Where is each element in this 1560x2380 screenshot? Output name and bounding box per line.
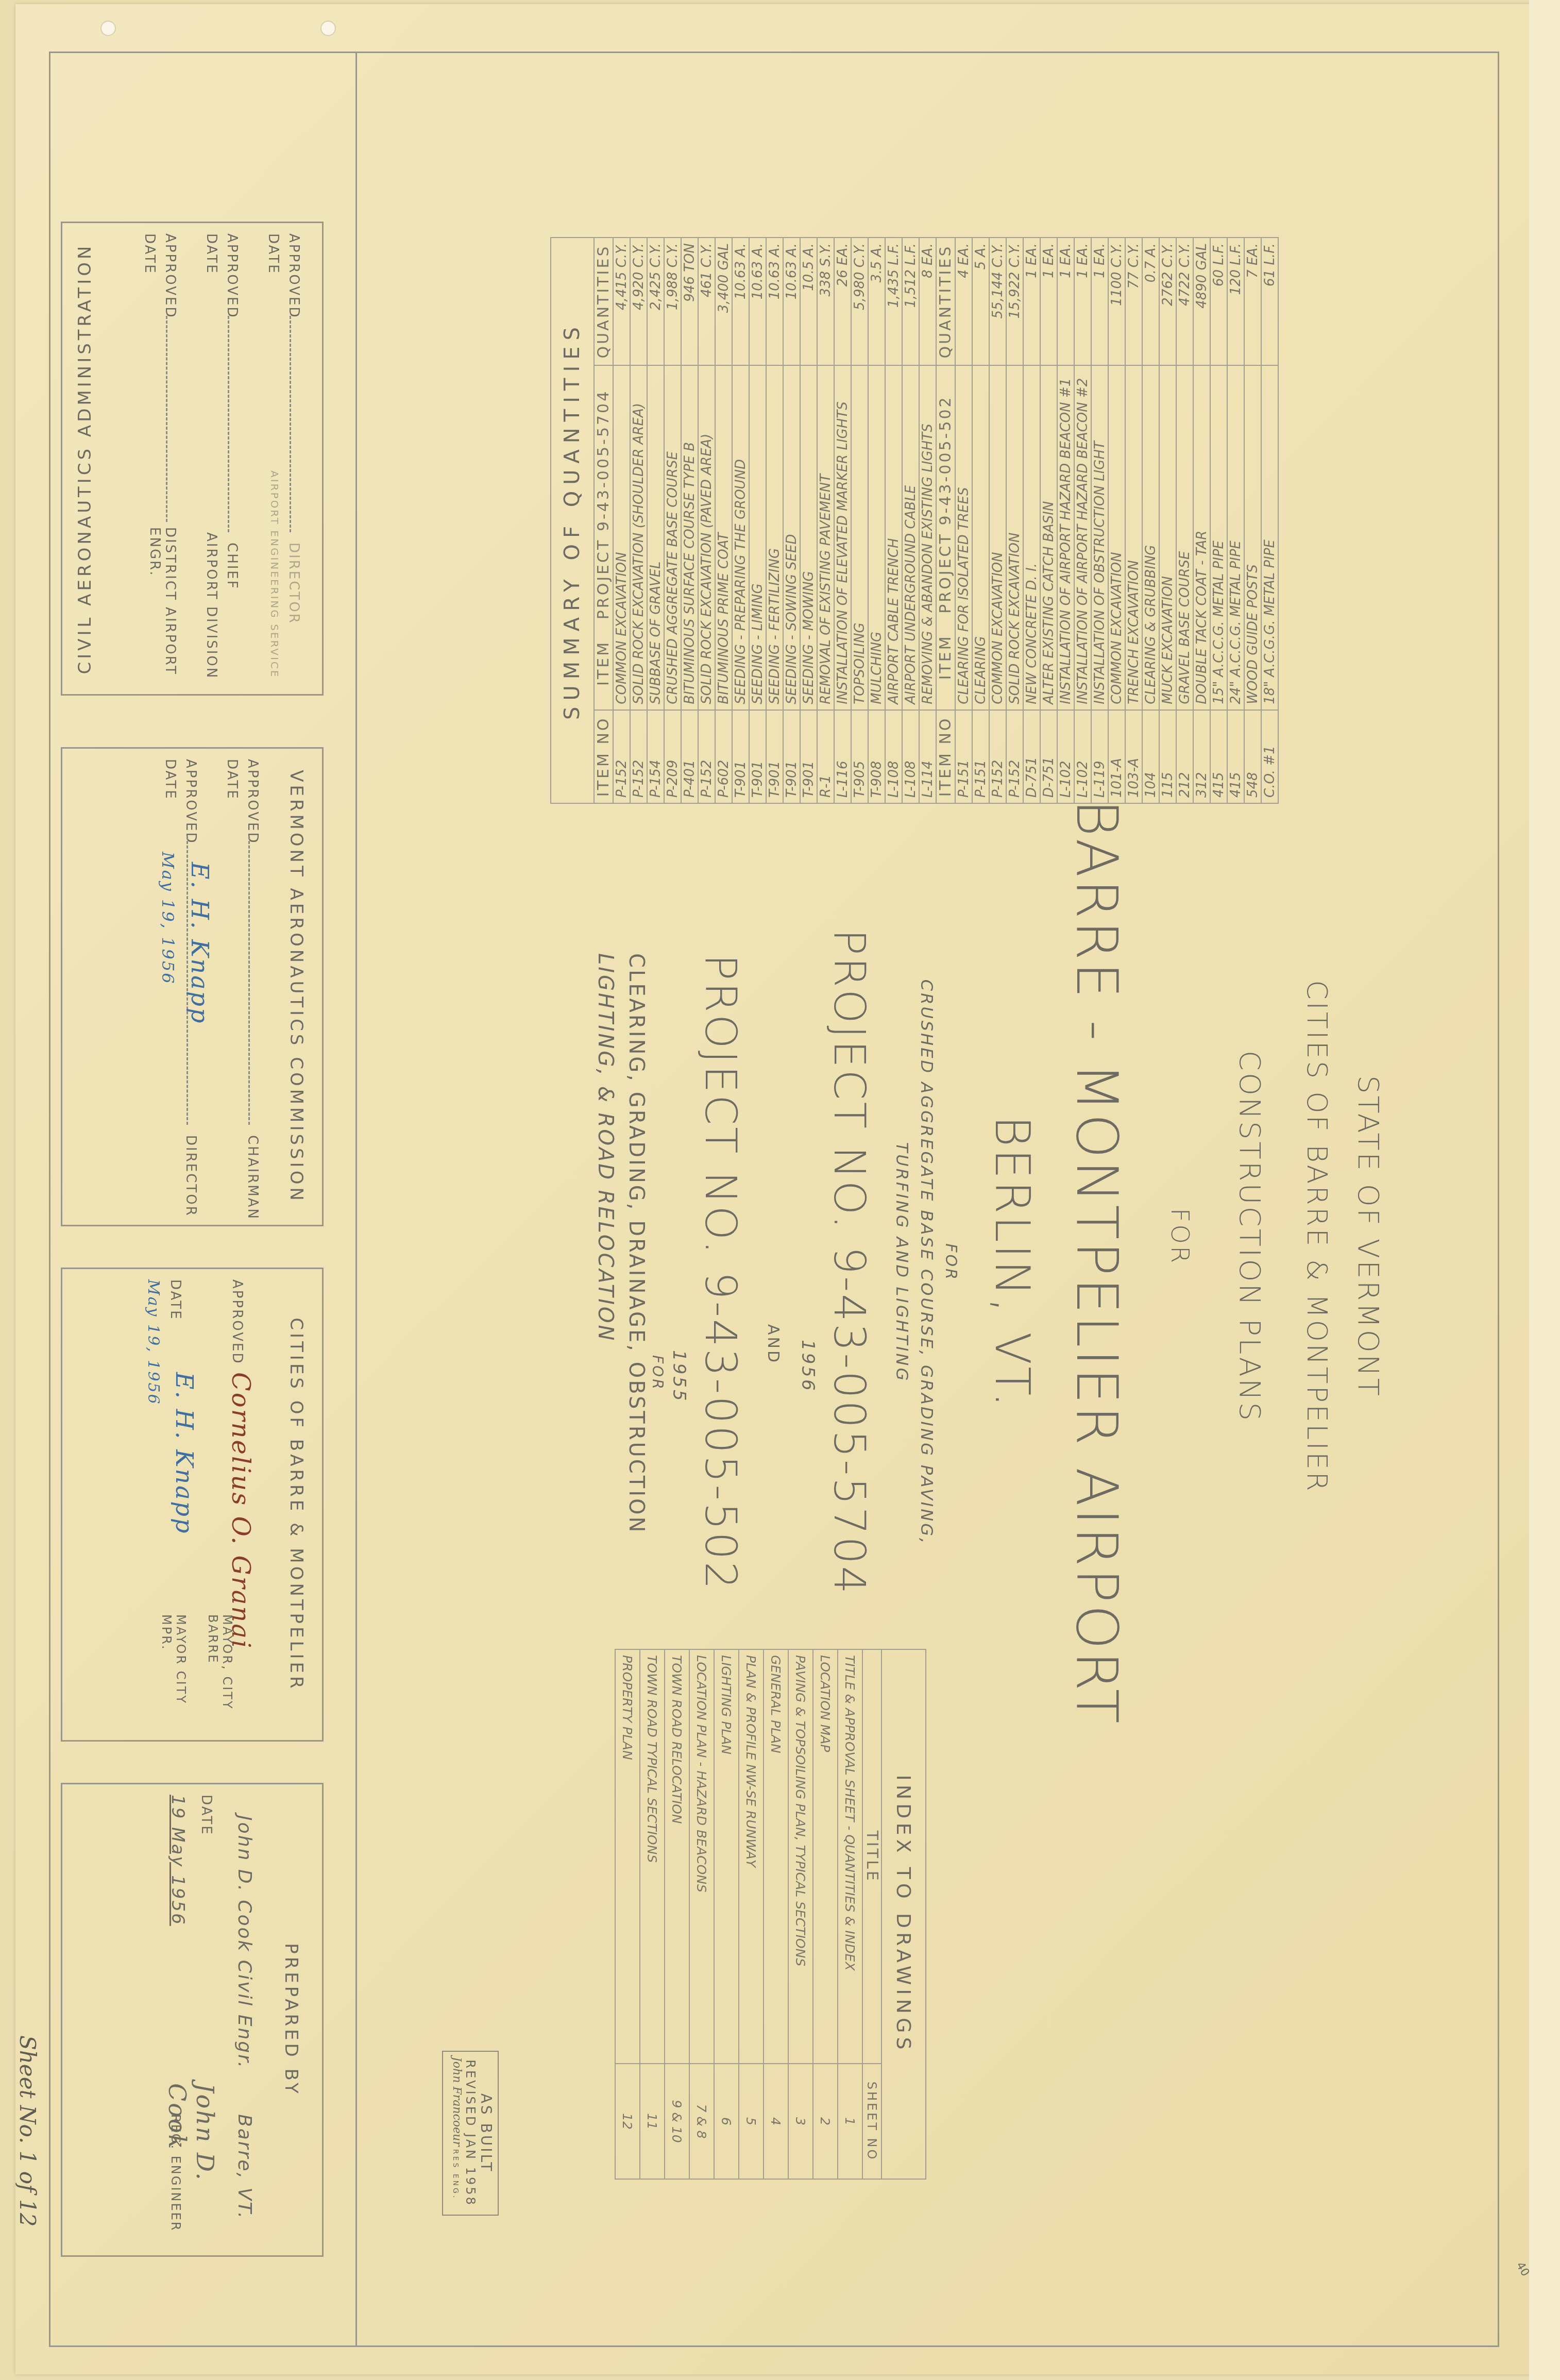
cell-qty: 461 C.Y. xyxy=(698,238,715,365)
caa-role-engineering: AIRPORT ENGINEERING SERVICE xyxy=(268,470,281,678)
table-row: L-114REMOVING & ABANDON EXISTING LIGHTS8… xyxy=(919,238,936,803)
col-quantities: QUANTITIES xyxy=(936,238,955,365)
cell-item: P-151 xyxy=(972,710,989,803)
table-row: C.O. #118" A.C.G.G. METAL PIPE61 L.F. xyxy=(1261,238,1278,803)
cell-qty: 1,512 L.F. xyxy=(902,238,919,365)
index-row: PROPERTY PLAN12 xyxy=(615,1649,640,2179)
cell-desc: BITUMINOUS PRIME COAT xyxy=(715,365,732,710)
table-row: 548WOOD GUIDE POSTS7 EA. xyxy=(1244,238,1261,803)
index-cell-title: TOWN ROAD RELOCATION xyxy=(665,1649,689,2064)
cell-qty: 1100 C.Y. xyxy=(1108,238,1125,365)
cell-desc: TOPSOILING xyxy=(851,365,868,710)
table-row: P-152SOLID ROCK EXCAVATION (SHOULDER ARE… xyxy=(630,238,647,803)
caa-signature-line xyxy=(290,316,291,532)
cell-desc: SEEDING - FERTILIZING xyxy=(766,365,783,710)
cell-item: L-102 xyxy=(1074,710,1091,803)
cell-desc: MUCK EXCAVATION xyxy=(1159,365,1176,710)
cell-qty: 4890 GAL xyxy=(1193,238,1210,365)
cell-qty: 0.7 A. xyxy=(1142,238,1159,365)
col-title: TITLE xyxy=(862,1649,881,2064)
table-row: P-602BITUMINOUS PRIME COAT3,400 GAL xyxy=(715,238,732,803)
cell-desc: SEEDING - MOWING xyxy=(800,365,817,710)
cell-item: 415 xyxy=(1210,710,1227,803)
cell-desc: 18" A.C.G.G. METAL PIPE xyxy=(1261,365,1278,710)
cell-qty: 3,400 GAL xyxy=(715,238,732,365)
cell-desc: TRENCH EXCAVATION xyxy=(1125,365,1142,710)
cell-desc: AIRPORT CABLE TRENCH xyxy=(885,365,902,710)
prepared-by-block: PREPARED BY John D. Cook Civil Engr. Bar… xyxy=(61,1783,324,2257)
index-cell-sheet: 11 xyxy=(640,2064,665,2179)
cell-qty: 4 EA. xyxy=(955,238,972,365)
subtitle-for: FOR xyxy=(942,1159,960,1365)
caa-approved-label: APPROVED xyxy=(162,233,178,318)
table-row: L-102INSTALLATION OF AIRPORT HAZARD BEAC… xyxy=(1074,238,1091,803)
cities-date-label: DATE xyxy=(167,1279,183,1321)
cell-desc: 24" A.C.C.G. METAL PIPE xyxy=(1227,365,1244,710)
table-row: 104CLEARING & GRUBBING0.7 A. xyxy=(1142,238,1159,803)
caa-role-director: DIRECTOR xyxy=(286,543,301,624)
caa-approved-label: APPROVED xyxy=(286,233,301,318)
cell-qty: 4722 C.Y. xyxy=(1176,238,1193,365)
and-label: AND xyxy=(764,1324,782,1364)
table-row: P-152COMMON EXCAVATION4,415 C.Y. xyxy=(613,238,630,803)
cell-qty: 61 L.F. xyxy=(1261,238,1278,365)
table-row: P-152SOLID ROCK EXCAVATION15,922 C.Y. xyxy=(1006,238,1023,803)
caa-date-label: DATE xyxy=(265,233,281,275)
as-built-stamp: AS BUILT REVISED JAN 1958 John Francoeur… xyxy=(442,2051,499,2216)
prepared-date: 19 May 1956 xyxy=(167,1795,188,1926)
title-cities: CITIES OF BARRE & MONTPELIER xyxy=(1301,876,1333,1597)
cell-desc: REMOVAL OF EXISTING PAVEMENT xyxy=(817,365,834,710)
cell-item: L-102 xyxy=(1057,710,1074,803)
cell-item: P-152 xyxy=(989,710,1006,803)
preparer-place: Barre, VT. xyxy=(234,2114,255,2220)
caa-approval-block: CIVIL AERONAUTICS ADMINISTRATION APPROVE… xyxy=(61,222,324,696)
scope-1956: CRUSHED AGGREGATE BASE COURSE, GRADING P… xyxy=(890,979,939,1546)
cell-desc: BITUMINOUS SURFACE COURSE TYPE B xyxy=(681,365,698,710)
cell-item: 104 xyxy=(1142,710,1159,803)
cell-desc: INSTALLATION OF AIRPORT HAZARD BEACON #1 xyxy=(1057,365,1074,710)
cities-title: CITIES OF BARRE & MONTPELIER xyxy=(286,1269,307,1740)
index-cell-title: GENERAL PLAN xyxy=(764,1649,788,2064)
cell-desc: GRAVEL BASE COURSE xyxy=(1176,365,1193,710)
cell-item: P-151 xyxy=(955,710,972,803)
cell-item: P-209 xyxy=(664,710,681,803)
col-sheet-no: SHEET NO xyxy=(862,2064,881,2179)
cell-item: D-751 xyxy=(1040,710,1057,803)
cell-item: 115 xyxy=(1159,710,1176,803)
table-row: P-401BITUMINOUS SURFACE COURSE TYPE B946… xyxy=(681,238,698,803)
index-row: TOWN ROAD RELOCATION9 & 10 xyxy=(665,1649,689,2179)
cell-qty: 4,415 C.Y. xyxy=(613,238,630,365)
caa-approved-label: APPROVED xyxy=(224,233,240,318)
index-row: LOCATION PLAN - HAZARD BEACONS7 & 8 xyxy=(689,1649,714,2179)
title-doc-type: CONSTRUCTION PLANS xyxy=(1233,902,1266,1572)
cell-qty: 77 C.Y. xyxy=(1125,238,1142,365)
cell-desc: SOLID ROCK EXCAVATION (SHOULDER AREA) xyxy=(630,365,647,710)
cell-desc: COMMON EXCAVATION xyxy=(989,365,1006,710)
table-row: D-751NEW CONCRETE D. I.1 EA. xyxy=(1023,238,1040,803)
table-row: L-119INSTALLATION OF OBSTRUCTION LIGHT1 … xyxy=(1091,238,1108,803)
index-cell-sheet: 5 xyxy=(739,2064,764,2179)
cell-qty: 10.5 A. xyxy=(800,238,817,365)
cell-item: L-116 xyxy=(834,710,851,803)
cell-item: R-1 xyxy=(817,710,834,803)
cell-desc: 15" A.C.C.G. METAL PIPE xyxy=(1210,365,1227,710)
index-cell-sheet: 2 xyxy=(813,2064,838,2179)
caa-role-airport-division: AIRPORT DIVISION xyxy=(204,532,219,679)
cell-desc: NEW CONCRETE D. I. xyxy=(1023,365,1040,710)
cell-item: P-401 xyxy=(681,710,698,803)
as-built-label: AS BUILT xyxy=(478,2057,495,2209)
cell-item: T-901 xyxy=(783,710,800,803)
cell-item: T-908 xyxy=(868,710,885,803)
index-cell-title: PLAN & PROFILE NW-SE RUNWAY xyxy=(739,1649,764,2064)
col-item-no: ITEM NO xyxy=(936,710,955,803)
col-quantities: QUANTITIES xyxy=(594,238,613,365)
cell-desc: SOLID ROCK EXCAVATION (PAVED AREA) xyxy=(698,365,715,710)
cell-desc: CLEARING & GRUBBING xyxy=(1142,365,1159,710)
index-cell-sheet: 6 xyxy=(714,2064,739,2179)
scope-1955-line2: LIGHTING, & ROAD RELOCATION xyxy=(594,953,617,1342)
cell-qty: 8 EA. xyxy=(919,238,936,365)
table-row: D-751ALTER EXISTING CATCH BASIN1 EA. xyxy=(1040,238,1057,803)
table-row: L-108AIRPORT CABLE TRENCH1,435 L.F. xyxy=(885,238,902,803)
cell-qty: 1 EA. xyxy=(1091,238,1108,365)
vac-approval-block: VERMONT AERONAUTICS COMMISSION APPROVED … xyxy=(61,747,324,1226)
cell-desc: COMMON EXCAVATION xyxy=(613,365,630,710)
cities-approved-label: APPROVED xyxy=(229,1279,245,1364)
cell-item: T-901 xyxy=(732,710,749,803)
index-cell-sheet: 1 xyxy=(838,2064,862,2179)
title-location: BERLIN, VT. xyxy=(985,1031,1040,1494)
cell-qty: 946 TON xyxy=(681,238,698,365)
table-row: 312DOUBLE TACK COAT - TAR4890 GAL xyxy=(1193,238,1210,803)
cities-role-montpelier: MAYOR CITY MPR. xyxy=(159,1614,188,1740)
project-2-year: 1955 xyxy=(669,1350,689,1403)
project-number-2: PROJECT NO. 9-43-005-502 xyxy=(696,886,746,1659)
cell-item: P-152 xyxy=(698,710,715,803)
index-cell-title: LOCATION PLAN - HAZARD BEACONS xyxy=(689,1649,714,2064)
cell-desc: REMOVING & ABANDON EXISTING LIGHTS xyxy=(919,365,936,710)
cell-item: P-152 xyxy=(630,710,647,803)
cell-desc: INSTALLATION OF ELEVATED MARKER LIGHTS xyxy=(834,365,851,710)
cell-qty: 60 L.F. xyxy=(1210,238,1227,365)
index-row: PLAN & PROFILE NW-SE RUNWAY5 xyxy=(739,1649,764,2179)
corner-mark: 40 xyxy=(1514,2260,1532,2279)
cell-desc: CLEARING FOR ISOLATED TREES xyxy=(955,365,972,710)
cell-qty: 55,144 C.Y. xyxy=(989,238,1006,365)
index-cell-sheet: 4 xyxy=(764,2064,788,2179)
cell-desc: CRUSHED AGGREGATE BASE COURSE xyxy=(664,365,681,710)
cell-desc: WOOD GUIDE POSTS xyxy=(1244,365,1261,710)
table-row: 212GRAVEL BASE COURSE4722 C.Y. xyxy=(1176,238,1193,803)
table-row: T-901SEEDING - PREPARING THE GROUND10.63… xyxy=(732,238,749,803)
caa-title: CIVIL AERONAUTICS ADMINISTRATION xyxy=(75,223,95,694)
table-row: T-908MULCHING3.5 A. xyxy=(868,238,885,803)
table-row: T-901SEEDING - MOWING10.5 A. xyxy=(800,238,817,803)
res-eng-signature: John Francoeur xyxy=(450,2057,463,2147)
revised-date: REVISED JAN 1958 xyxy=(463,2057,478,2209)
vac-signed-date: May 19, 1956 xyxy=(158,852,178,985)
cell-qty: 5,980 C.Y. xyxy=(851,238,868,365)
cities-signature-montpelier: E. H. Knapp xyxy=(171,1372,198,1535)
title-airport: BARRE - MONTPELIER AIRPORT xyxy=(1064,773,1130,1752)
index-row: LOCATION MAP2 xyxy=(813,1649,838,2179)
cell-desc: DOUBLE TACK COAT - TAR xyxy=(1193,365,1210,710)
cell-qty: 3.5 A. xyxy=(868,238,885,365)
cell-desc: SEEDING - PREPARING THE GROUND xyxy=(732,365,749,710)
index-cell-title: TOWN ROAD TYPICAL SECTIONS xyxy=(640,1649,665,2064)
table-row: 41515" A.C.C.G. METAL PIPE60 L.F. xyxy=(1210,238,1227,803)
project-number-1: PROJECT NO. 9-43-005-5704 xyxy=(824,876,875,1649)
cell-desc: AIRPORT UNDERGROUND CABLE xyxy=(902,365,919,710)
cell-item: 548 xyxy=(1244,710,1261,803)
caa-signature-line xyxy=(228,316,229,532)
table-row: 41524" A.C.C.G. METAL PIPE120 L.F. xyxy=(1227,238,1244,803)
index-cell-title: PROPERTY PLAN xyxy=(615,1649,640,2064)
cell-desc: ALTER EXISTING CATCH BASIN xyxy=(1040,365,1057,710)
index-cell-sheet: 12 xyxy=(615,2064,640,2179)
index-title: INDEX TO DRAWINGS xyxy=(882,1649,926,2180)
table-row: P-154SUBBASE OF GRAVEL2,425 C.Y. xyxy=(647,238,664,803)
table-row: P-151CLEARING5 A. xyxy=(972,238,989,803)
cities-role-barre: MAYOR, CITY BARRE xyxy=(206,1614,234,1740)
cell-item: T-901 xyxy=(800,710,817,803)
cell-qty: 1,435 L.F. xyxy=(885,238,902,365)
table-row: 115MUCK EXCAVATION2762 C.Y. xyxy=(1159,238,1176,803)
prepared-date-label: DATE xyxy=(198,1795,214,1836)
caa-role-chief: CHIEF xyxy=(224,543,240,590)
index-to-drawings: INDEX TO DRAWINGS TITLE SHEET NO TITLE &… xyxy=(615,1649,926,2180)
table-row: P-209CRUSHED AGGREGATE BASE COURSE1,988 … xyxy=(664,238,681,803)
cell-item: P-154 xyxy=(647,710,664,803)
col-item: ITEM PROJECT 9-43-005-5704 xyxy=(594,365,613,710)
cell-qty: 120 L.F. xyxy=(1227,238,1244,365)
index-cell-title: PAVING & TOPSOILING PLAN, TYPICAL SECTIO… xyxy=(788,1649,813,2064)
cell-item: 212 xyxy=(1176,710,1193,803)
cell-item: P-152 xyxy=(1006,710,1023,803)
table-row: 103-ATRENCH EXCAVATION77 C.Y. xyxy=(1125,238,1142,803)
sheet-number: Sheet No. 1 of 12 xyxy=(15,2035,40,2226)
table-row: T-901SEEDING - FERTILIZING10.63 A. xyxy=(766,238,783,803)
cell-item: T-905 xyxy=(851,710,868,803)
cell-item: 312 xyxy=(1193,710,1210,803)
cell-qty: 10.63 A. xyxy=(766,238,783,365)
cell-item: 103-A xyxy=(1125,710,1142,803)
cell-desc: MULCHING xyxy=(868,365,885,710)
cell-qty: 1 EA. xyxy=(1057,238,1074,365)
table-row: L-102INSTALLATION OF AIRPORT HAZARD BEAC… xyxy=(1057,238,1074,803)
vac-date-label: DATE xyxy=(224,759,240,800)
cell-qty: 338 S.Y. xyxy=(817,238,834,365)
cell-qty: 15,922 C.Y. xyxy=(1006,238,1023,365)
caa-date-label: DATE xyxy=(142,233,157,275)
cities-approval-block: CITIES OF BARRE & MONTPELIER APPROVED DA… xyxy=(61,1268,324,1742)
table-row: L-116INSTALLATION OF ELEVATED MARKER LIG… xyxy=(834,238,851,803)
cell-qty: 4,920 C.Y. xyxy=(630,238,647,365)
caa-role-district: DISTRICT AIRPORT ENGR. xyxy=(147,527,178,694)
caa-signature-line xyxy=(166,316,167,522)
index-cell-title: LOCATION MAP xyxy=(813,1649,838,2064)
cell-item: D-751 xyxy=(1023,710,1040,803)
table-row: T-901SEEDING - SOWING SEED10.63 A. xyxy=(783,238,800,803)
vac-title: VERMONT AERONAUTICS COMMISSION xyxy=(286,749,307,1225)
index-row: PAVING & TOPSOILING PLAN, TYPICAL SECTIO… xyxy=(788,1649,813,2179)
table-row: L-108AIRPORT UNDERGROUND CABLE1,512 L.F. xyxy=(902,238,919,803)
rotated-sheet-content: STATE OF VERMONT CITIES OF BARRE & MONTP… xyxy=(0,0,1560,2380)
vac-role-chairman: CHAIRMAN xyxy=(245,1135,260,1220)
cell-desc: INSTALLATION OF OBSTRUCTION LIGHT xyxy=(1091,365,1108,710)
project-1-year: 1956 xyxy=(798,1340,818,1393)
cell-item: P-602 xyxy=(715,710,732,803)
index-cell-sheet: 7 & 8 xyxy=(689,2064,714,2179)
col-item: ITEM PROJECT 9-43-005-502 xyxy=(936,365,955,710)
preparer-name: John D. Cook Civil Engr. xyxy=(234,1815,255,2069)
table-row: T-901SEEDING - LIMING10.63 A. xyxy=(749,238,766,803)
cell-desc: SOLID ROCK EXCAVATION xyxy=(1006,365,1023,710)
scope-1955-line1: CLEARING, GRADING, DRAINAGE, OBSTRUCTION xyxy=(624,953,648,1534)
table-row: R-1REMOVAL OF EXISTING PAVEMENT338 S.Y. xyxy=(817,238,834,803)
index-cell-sheet: 9 & 10 xyxy=(665,2064,689,2179)
cell-qty: 1 EA. xyxy=(1023,238,1040,365)
summary-title: SUMMARY OF QUANTITIES xyxy=(550,237,594,804)
index-cell-title: TITLE & APPROVAL SHEET - QUANTITIES & IN… xyxy=(838,1649,862,2064)
cell-qty: 2762 C.Y. xyxy=(1159,238,1176,365)
table-row: P-152SOLID ROCK EXCAVATION (PAVED AREA)4… xyxy=(698,238,715,803)
preparer-role: REG. ENGINEER xyxy=(168,2114,183,2232)
index-row: TITLE & APPROVAL SHEET - QUANTITIES & IN… xyxy=(838,1649,862,2179)
cell-desc: SUBBASE OF GRAVEL xyxy=(647,365,664,710)
cell-qty: 10.63 A. xyxy=(732,238,749,365)
cell-item: T-901 xyxy=(749,710,766,803)
index-cell-title: LIGHTING PLAN xyxy=(714,1649,739,2064)
res-eng-role: RES ENG. xyxy=(451,2149,460,2200)
cell-qty: 10.63 A. xyxy=(749,238,766,365)
cities-signed-date: May 19, 1956 xyxy=(144,1279,162,1406)
cell-qty: 2,425 C.Y. xyxy=(647,238,664,365)
cell-item: L-114 xyxy=(919,710,936,803)
cell-qty: 5 A. xyxy=(972,238,989,365)
cell-item: P-152 xyxy=(613,710,630,803)
cell-desc: SEEDING - LIMING xyxy=(749,365,766,710)
prepared-title: PREPARED BY xyxy=(281,1784,301,2255)
index-table: TITLE SHEET NO TITLE & APPROVAL SHEET - … xyxy=(615,1649,882,2180)
table-row: 101-ACOMMON EXCAVATION1100 C.Y. xyxy=(1108,238,1125,803)
cell-item: 101-A xyxy=(1108,710,1125,803)
index-row: GENERAL PLAN4 xyxy=(764,1649,788,2179)
index-row: LIGHTING PLAN6 xyxy=(714,1649,739,2179)
quantities-table-5704: ITEM NO ITEM PROJECT 9-43-005-5704 QUANT… xyxy=(594,237,1279,804)
cell-qty: 10.63 A. xyxy=(783,238,800,365)
cell-item: T-901 xyxy=(766,710,783,803)
cell-qty: 1 EA. xyxy=(1074,238,1091,365)
cell-item: C.O. #1 xyxy=(1261,710,1278,803)
vac-date-label: DATE xyxy=(162,759,178,800)
title-for: FOR xyxy=(1165,1134,1194,1340)
col-item-no: ITEM NO xyxy=(594,710,613,803)
cell-item: L-119 xyxy=(1091,710,1108,803)
caa-date-label: DATE xyxy=(204,233,219,275)
table-row: P-151CLEARING FOR ISOLATED TREES4 EA. xyxy=(955,238,972,803)
cell-qty: 26 EA. xyxy=(834,238,851,365)
vac-signature: E. H. Knapp xyxy=(186,862,214,1025)
cell-qty: 1 EA. xyxy=(1040,238,1057,365)
vac-approved-label: APPROVED xyxy=(245,759,260,844)
index-row: TOWN ROAD TYPICAL SECTIONS11 xyxy=(640,1649,665,2179)
cities-signature-barre: Cornelius O. Granai xyxy=(226,1372,255,1649)
cell-desc: INSTALLATION OF AIRPORT HAZARD BEACON #2 xyxy=(1074,365,1091,710)
table-row: P-152COMMON EXCAVATION55,144 C.Y. xyxy=(989,238,1006,803)
cell-item: 415 xyxy=(1227,710,1244,803)
vac-approved-label: APPROVED xyxy=(183,759,198,844)
subtitle-for-2: FOR xyxy=(649,1355,666,1391)
cell-qty: 1,988 C.Y. xyxy=(664,238,681,365)
table-row: T-905TOPSOILING5,980 C.Y. xyxy=(851,238,868,803)
index-cell-sheet: 3 xyxy=(788,2064,813,2179)
cell-desc: SEEDING - SOWING SEED xyxy=(783,365,800,710)
cell-item: L-108 xyxy=(902,710,919,803)
title-state: STATE OF VERMONT xyxy=(1351,927,1385,1546)
cell-desc: CLEARING xyxy=(972,365,989,710)
vac-signature-line xyxy=(248,836,250,1125)
cell-qty: 7 EA. xyxy=(1244,238,1261,365)
cell-item: L-108 xyxy=(885,710,902,803)
vac-role-director: DIRECTOR xyxy=(183,1135,198,1217)
cell-desc: COMMON EXCAVATION xyxy=(1108,365,1125,710)
summary-of-quantities: SUMMARY OF QUANTITIES ITEM NO ITEM PROJE… xyxy=(550,237,1279,804)
